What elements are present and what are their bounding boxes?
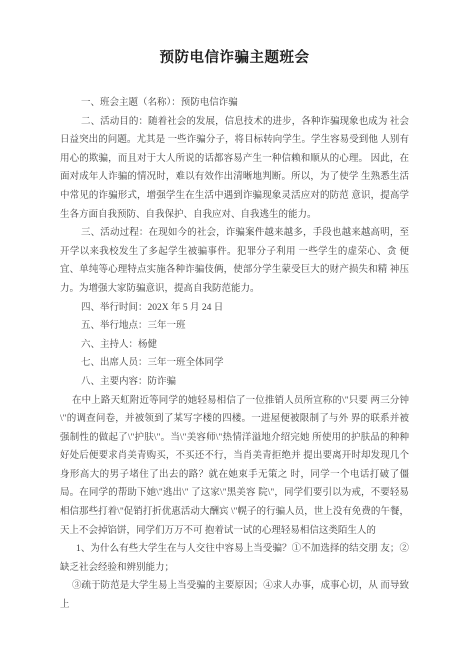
document-body: 一、班会主题（名称）：预防电信诈骗 二、活动目的：随着社会的发展，信息技术的进步… <box>60 94 409 615</box>
paragraph-section-1-theme: 一、班会主题（名称）：预防电信诈骗 <box>60 94 409 113</box>
paragraph-story: 在中上路天虹附近等同学的她轻易相信了一位推销人员所宣称的\"只要 两三分钟\"的… <box>60 392 409 541</box>
document-page: 预防电信诈骗主题班会 一、班会主题（名称）：预防电信诈骗 二、活动目的：随着社会… <box>0 0 463 655</box>
paragraph-section-5-place: 五、举行地点：三年一班 <box>60 317 409 336</box>
paragraph-section-2-purpose: 二、活动目的：随着社会的发展，信息技术的进步，各种诈骗现象也成为 社会日益突出的… <box>60 113 409 225</box>
paragraph-section-7-attendees: 七、出席人员：三年一班全体同学 <box>60 354 409 373</box>
paragraph-section-6-host: 六、主持人：杨健 <box>60 336 409 355</box>
paragraph-question-1: 1、为什么有些大学生在与人交往中容易上当受骗？①不加选择的结交朋 友；②缺乏社会… <box>60 540 409 577</box>
paragraph-section-4-time: 四、举行时间：202X 年 5 月 24 日 <box>60 299 409 318</box>
paragraph-question-1-continued: ③疏于防范是大学生易上当受骗的主要原因；④求人办事，成事心切，从 而导致上 <box>60 577 409 614</box>
document-title: 预防电信诈骗主题班会 <box>60 46 409 67</box>
paragraph-section-8-content: 八、主要内容：防诈骗 <box>60 373 409 392</box>
paragraph-section-3-process: 三、活动过程：在现如今的社会，诈骗案件越来越多，手段也越来越高明，至开学以来我校… <box>60 224 409 298</box>
